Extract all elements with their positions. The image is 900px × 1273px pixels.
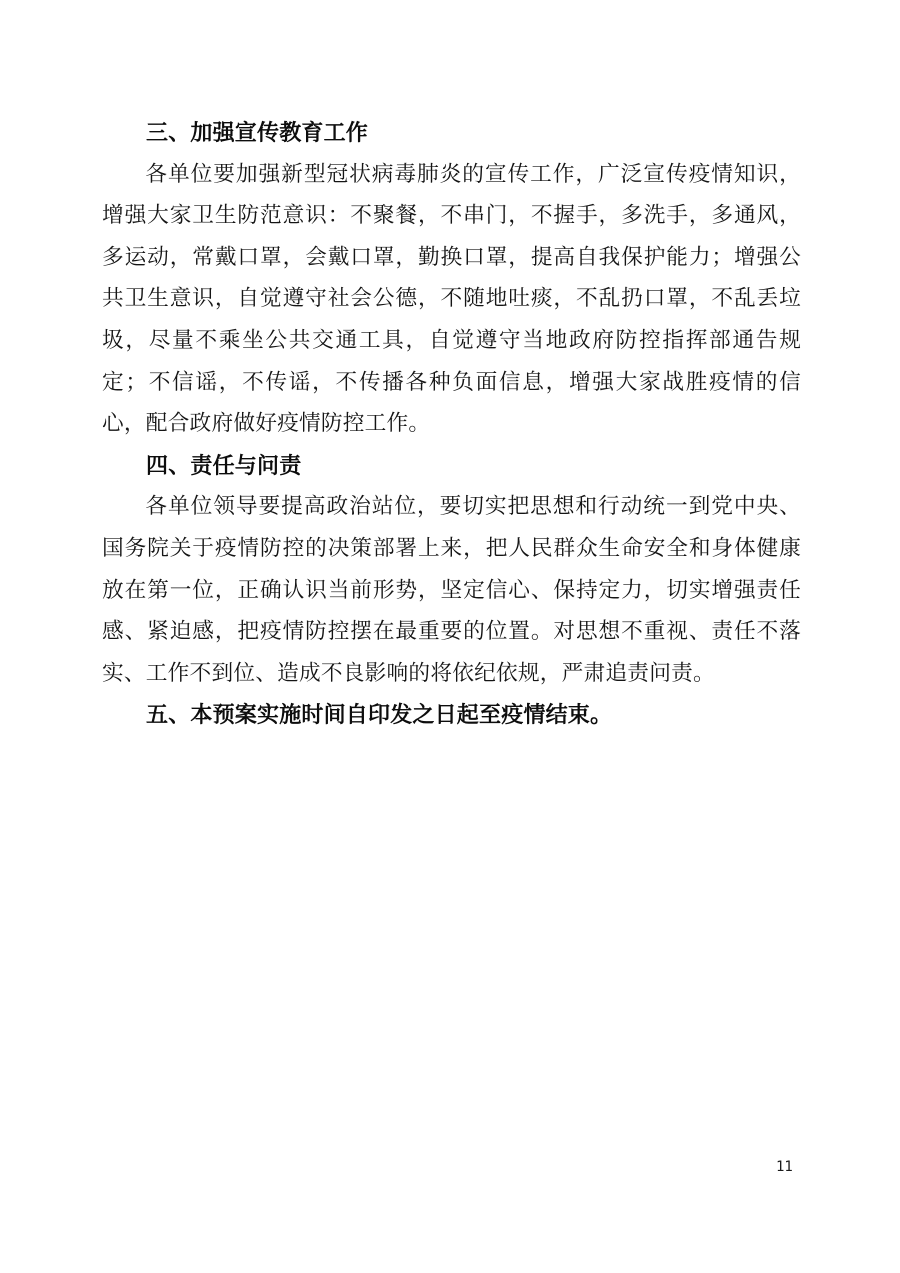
section-paragraph-publicity: 各单位要加强新型冠状病毒肺炎的宣传工作，广泛宣传疫情知识，增强大家卫生防范意识：… <box>102 154 801 445</box>
section-paragraph-accountability: 各单位领导要提高政治站位，要切实把思想和行动统一到党中央、国务院关于疫情防控的决… <box>102 486 801 694</box>
document-body: 三、加强宣传教育工作 各单位要加强新型冠状病毒肺炎的宣传工作，广泛宣传疫情知识，… <box>102 112 801 736</box>
document-page: 三、加强宣传教育工作 各单位要加强新型冠状病毒肺炎的宣传工作，广泛宣传疫情知识，… <box>0 0 900 1273</box>
page-number: 11 <box>776 1156 793 1178</box>
section-heading-effective-date: 五、本预案实施时间自印发之日起至疫情结束。 <box>102 694 801 736</box>
section-heading-accountability: 四、责任与问责 <box>102 445 801 487</box>
section-heading-publicity: 三、加强宣传教育工作 <box>102 112 801 154</box>
